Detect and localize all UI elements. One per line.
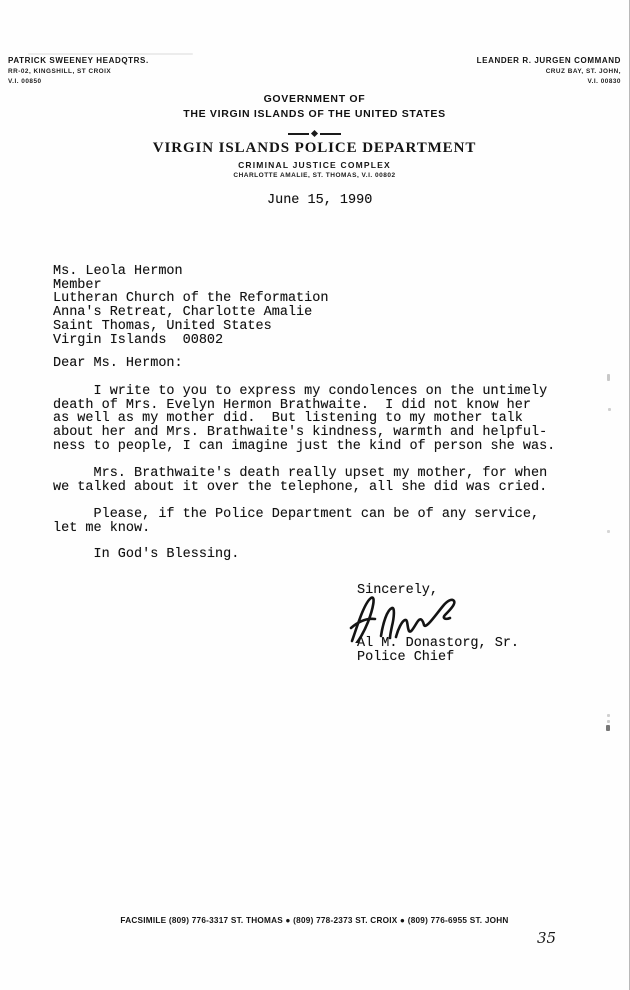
text-line: ness to people, I can imagine just the k…	[53, 440, 555, 454]
text-line: Ms. Leola Hermon	[53, 265, 328, 279]
right-office-address2: V.I. 00830	[477, 77, 621, 87]
text-line: Please, if the Police Department can be …	[53, 508, 539, 522]
left-office-address1: RR-02, KINGSHILL, ST CROIX	[8, 67, 149, 77]
letterhead-divider	[0, 131, 629, 136]
signer-title: Police Chief	[357, 651, 454, 665]
left-office-address2: V.I. 00850	[8, 77, 149, 87]
closing-blessing: In God's Blessing.	[53, 548, 239, 562]
scan-speck	[607, 374, 610, 381]
right-office-address1: CRUZ BAY, ST. JOHN,	[477, 67, 621, 77]
divider-diamond-icon	[311, 130, 318, 137]
scan-speck	[607, 714, 610, 717]
salutation: Dear Ms. Hermon:	[53, 357, 183, 371]
text-line: let me know.	[53, 522, 539, 536]
divider-dash-left	[288, 133, 309, 135]
department-address: CHARLOTTE AMALIE, ST. THOMAS, V.I. 00802	[0, 172, 629, 179]
scan-speck	[607, 530, 610, 533]
government-line-2: THE VIRGIN ISLANDS OF THE UNITED STATES	[0, 107, 629, 122]
letter-date: June 15, 1990	[267, 194, 372, 208]
scan-speck	[608, 408, 611, 411]
text-line: Saint Thomas, United States	[53, 320, 328, 334]
left-office-name: PATRICK SWEENEY HEADQTRS.	[8, 55, 149, 67]
scan-speck	[606, 725, 610, 731]
text-line: Virgin Islands 00802	[53, 334, 328, 348]
text-line: death of Mrs. Evelyn Hermon Brathwaite. …	[53, 399, 555, 413]
facsimile-footer: FACSIMILE (809) 776-3317 ST. THOMAS ● (8…	[0, 916, 629, 925]
body-paragraph-3: Please, if the Police Department can be …	[53, 508, 539, 535]
text-line: as well as my mother did. But listening …	[53, 412, 555, 426]
government-title: GOVERNMENT OF THE VIRGIN ISLANDS OF THE …	[0, 92, 629, 122]
letterhead-right-office: LEANDER R. JURGEN COMMAND CRUZ BAY, ST. …	[477, 55, 621, 87]
text-line: I write to you to express my condolences…	[53, 385, 555, 399]
text-line: about her and Mrs. Brathwaite's kindness…	[53, 426, 555, 440]
department-title: VIRGIN ISLANDS POLICE DEPARTMENT	[0, 140, 629, 157]
letterhead-left-office: PATRICK SWEENEY HEADQTRS. RR-02, KINGSHI…	[8, 55, 149, 87]
page-number: 35	[537, 929, 556, 947]
text-line: we talked about it over the telephone, a…	[53, 481, 547, 495]
body-paragraph-1: I write to you to express my condolences…	[53, 385, 555, 454]
divider-dash-right	[320, 133, 341, 135]
right-office-name: LEANDER R. JURGEN COMMAND	[477, 55, 621, 67]
scan-speck	[607, 720, 610, 723]
government-line-1: GOVERNMENT OF	[0, 92, 629, 107]
department-division: CRIMINAL JUSTICE COMPLEX	[0, 160, 629, 170]
body-paragraph-2: Mrs. Brathwaite's death really upset my …	[53, 467, 547, 494]
text-line: Mrs. Brathwaite's death really upset my …	[53, 467, 547, 481]
recipient-address-block: Ms. Leola HermonMemberLutheran Church of…	[53, 265, 328, 347]
scanned-letter-page: PATRICK SWEENEY HEADQTRS. RR-02, KINGSHI…	[0, 0, 630, 990]
signer-name: Al M. Donastorg, Sr.	[357, 637, 519, 651]
text-line: Lutheran Church of the Reformation	[53, 292, 328, 306]
text-line: Anna's Retreat, Charlotte Amalie	[53, 306, 328, 320]
text-line: Member	[53, 279, 328, 293]
